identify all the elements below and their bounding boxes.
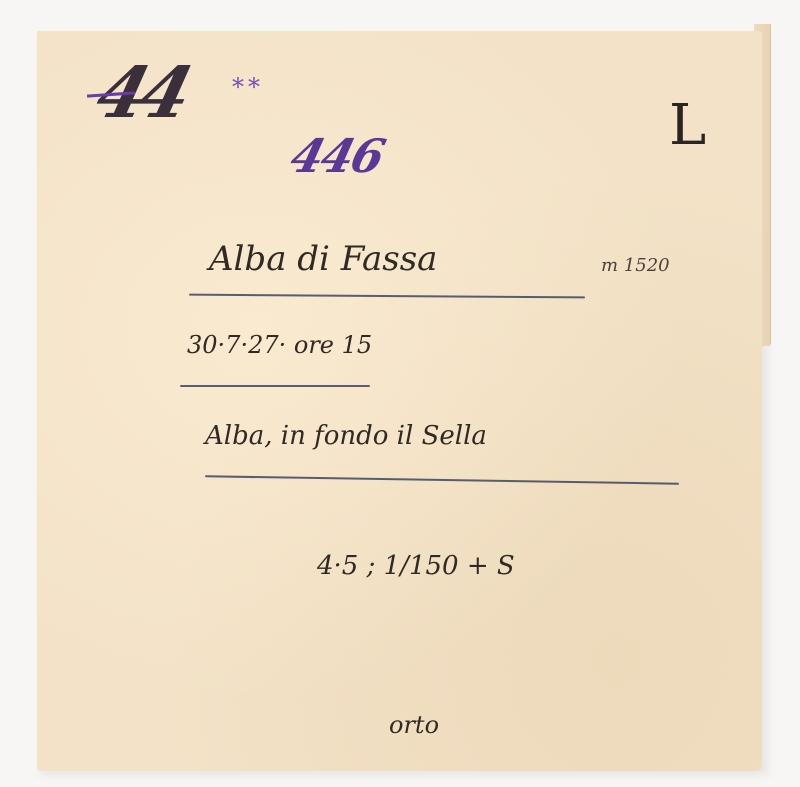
description-line: Alba, in fondo il Sella bbox=[205, 421, 487, 451]
footer-word: orto bbox=[389, 711, 439, 739]
paper-envelope: 44 ** 446 L Alba di Fassa m 1520 30·7·27… bbox=[37, 31, 762, 771]
star-marks: ** bbox=[232, 73, 264, 101]
location-line: Alba di Fassa bbox=[209, 239, 437, 279]
altitude-annotation: m 1520 bbox=[601, 255, 670, 276]
exposure-line: 4·5 ; 1/150 + S bbox=[317, 551, 515, 581]
underline-description bbox=[205, 475, 679, 484]
corner-mark: L bbox=[669, 93, 706, 158]
underline-location bbox=[189, 294, 585, 299]
date-time-line: 30·7·27· ore 15 bbox=[187, 331, 372, 359]
underline-date bbox=[180, 385, 370, 387]
catalog-number: 446 bbox=[285, 129, 388, 183]
